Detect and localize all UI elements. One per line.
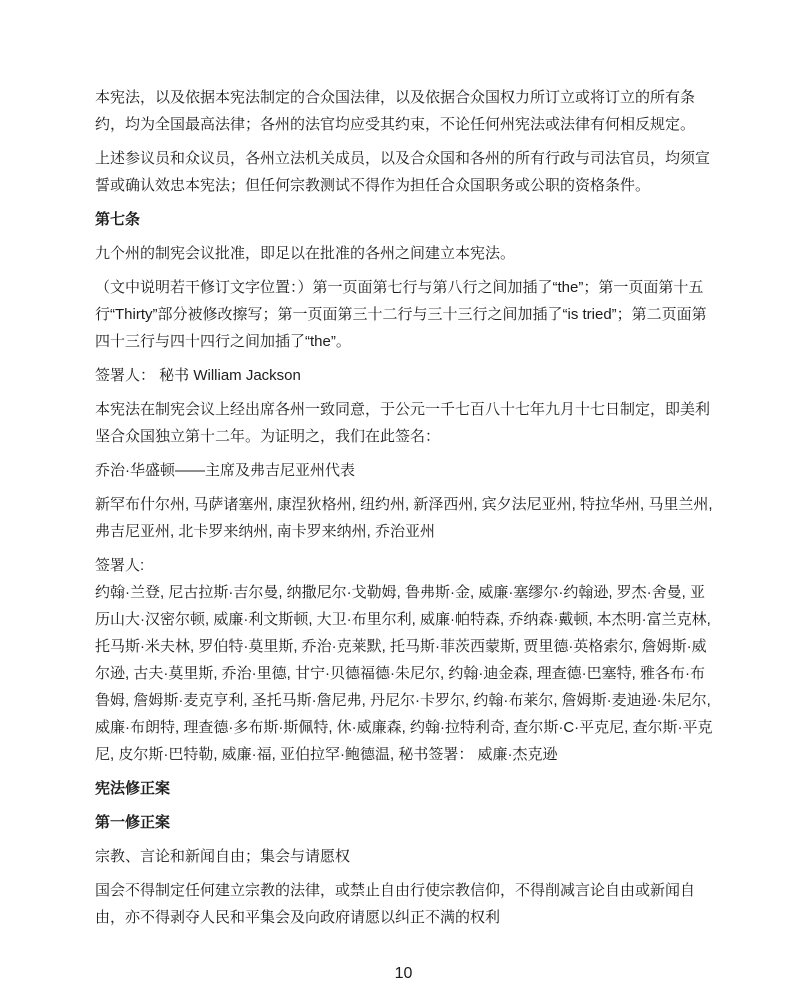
paragraph-washington-signature: 乔治·华盛顿——主席及弗吉尼亚州代表 [95,457,713,484]
heading-amendments: 宪法修正案 [95,775,713,802]
paragraph-amendment-1-text: 国会不得制定任何建立宗教的法律，或禁止自由行使宗教信仰，不得削减言论自由或新闻自… [95,877,713,931]
paragraph-attest-secretary: 签署人： 秘书 William Jackson [95,362,713,389]
paragraph-signers: 签署人: 约翰·兰登, 尼古拉斯·吉尔曼, 纳撒尼尔·戈勒姆, 鲁弗斯·金, 威… [95,552,713,768]
document-page: 本宪法，以及依据本宪法制定的合众国法律，以及依据合众国权力所订立或将订立的所有条… [0,0,807,1000]
heading-article-7: 第七条 [95,206,713,233]
paragraph-revision-notes: （文中说明若干修订文字位置：）第一页面第七行与第八行之间加插了“the”；第一页… [95,274,713,355]
heading-amendment-1: 第一修正案 [95,809,713,836]
signers-list: 约翰·兰登, 尼古拉斯·吉尔曼, 纳撒尼尔·戈勒姆, 鲁弗斯·金, 威廉·塞缪尔… [95,584,712,763]
paragraph-adoption-clause: 本宪法在制宪会议上经出席各州一致同意，于公元一千七百八十七年九月十七日制定，即美… [95,396,713,450]
paragraph-supremacy-clause: 本宪法，以及依据本宪法制定的合众国法律，以及依据合众国权力所订立或将订立的所有条… [95,84,713,138]
paragraph-states-list: 新罕布什尔州, 马萨诸塞州, 康涅狄格州, 纽约州, 新泽西州, 宾夕法尼亚州,… [95,491,713,545]
paragraph-amendment-1-subtitle: 宗教、言论和新闻自由；集会与请愿权 [95,843,713,870]
signers-label: 签署人: [95,557,144,574]
paragraph-oath-clause: 上述参议员和众议员，各州立法机关成员，以及合众国和各州的所有行政与司法官员，均须… [95,145,713,199]
paragraph-ratification-clause: 九个州的制宪会议批准，即足以在批准的各州之间建立本宪法。 [95,240,713,267]
page-number: 10 [0,964,807,984]
